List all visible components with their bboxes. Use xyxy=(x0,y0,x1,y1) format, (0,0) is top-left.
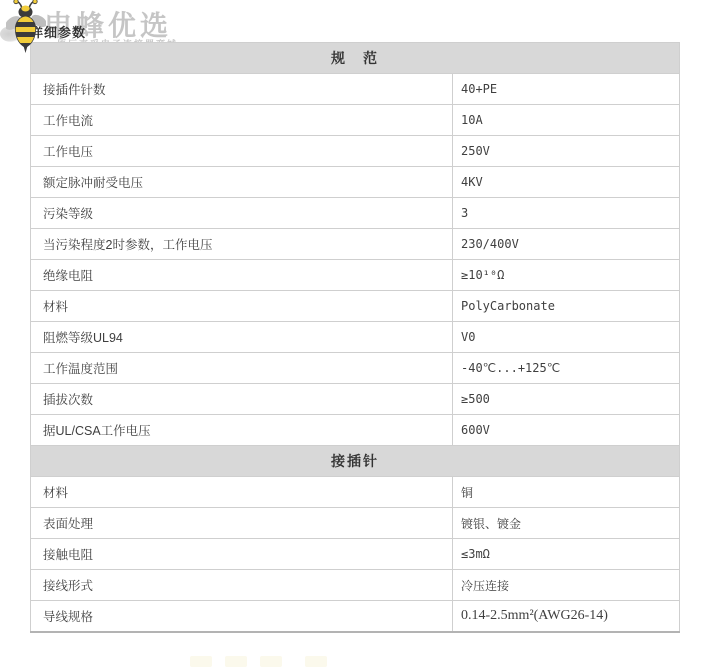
table-row: 额定脉冲耐受电压 4KV xyxy=(31,167,680,198)
table-row: 污染等级 3 xyxy=(31,198,680,229)
spec-label: 导线规格 xyxy=(31,601,453,633)
spec-value: V0 xyxy=(453,322,680,353)
table-row: 绝缘电阻 ≥10¹⁰Ω xyxy=(31,260,680,291)
spec-value: ≤3mΩ xyxy=(453,539,680,570)
spec-value: 铜 xyxy=(453,477,680,508)
table-row: 材料 PolyCarbonate xyxy=(31,291,680,322)
spec-label: 材料 xyxy=(31,291,453,322)
spec-value: 镀银、镀金 xyxy=(453,508,680,539)
spec-value: ≥500 xyxy=(453,384,680,415)
spec-label: 当污染程度2时参数，工作电压 xyxy=(31,229,453,260)
table-row: 阻燃等级UL94 V0 xyxy=(31,322,680,353)
spec-value: 4KV xyxy=(453,167,680,198)
table-row: 接插件针数 40+PE xyxy=(31,74,680,105)
spec-label: 材料 xyxy=(31,477,453,508)
spec-label: 接触电阻 xyxy=(31,539,453,570)
table-row: 接触电阻 ≤3mΩ xyxy=(31,539,680,570)
spec-label: 接插件针数 xyxy=(31,74,453,105)
spec-label: 据UL/CSA工作电压 xyxy=(31,415,453,446)
table-row: 材料 铜 xyxy=(31,477,680,508)
table-row: 工作电流 10A xyxy=(31,105,680,136)
spec-value: 600V xyxy=(453,415,680,446)
spec-value: 冷压连接 xyxy=(453,570,680,601)
spec-label: 表面处理 xyxy=(31,508,453,539)
spec-label: 绝缘电阻 xyxy=(31,260,453,291)
section-header-row: 规 范 xyxy=(31,43,680,74)
bottom-watermark-remnant xyxy=(0,653,710,667)
table-row: 工作电压 250V xyxy=(31,136,680,167)
spec-value: ≥10¹⁰Ω xyxy=(453,260,680,291)
table-row: 据UL/CSA工作电压 600V xyxy=(31,415,680,446)
spec-value: 0.14-2.5mm²(AWG26-14) xyxy=(453,601,680,633)
table-row: 接线形式 冷压连接 xyxy=(31,570,680,601)
section-header-row: 接插针 xyxy=(31,446,680,477)
spec-value: 230/400V xyxy=(453,229,680,260)
spec-table: 规 范 接插件针数 40+PE 工作电流 10A 工作电压 250V 额定脉冲耐… xyxy=(30,42,680,633)
spec-label: 工作电流 xyxy=(31,105,453,136)
spec-label: 阻燃等级UL94 xyxy=(31,322,453,353)
table-row: 工作温度范围 -40℃...+125℃ xyxy=(31,353,680,384)
table-row: 导线规格 0.14-2.5mm²(AWG26-14) xyxy=(31,601,680,633)
spec-value: 40+PE xyxy=(453,74,680,105)
spec-value: 250V xyxy=(453,136,680,167)
spec-value: PolyCarbonate xyxy=(453,291,680,322)
spec-label: 插拔次数 xyxy=(31,384,453,415)
page-background: 申蜂优选 原厂直采电子连接器商城 详细参数 规 范 接 xyxy=(0,0,710,667)
spec-value: 3 xyxy=(453,198,680,229)
spec-label: 接线形式 xyxy=(31,570,453,601)
spec-value: 10A xyxy=(453,105,680,136)
section-title: 接插针 xyxy=(31,446,680,477)
table-row: 表面处理 镀银、镀金 xyxy=(31,508,680,539)
bee-logo-icon xyxy=(6,0,46,53)
spec-label: 工作温度范围 xyxy=(31,353,453,384)
spec-value: -40℃...+125℃ xyxy=(453,353,680,384)
table-row: 插拔次数 ≥500 xyxy=(31,384,680,415)
spec-label: 额定脉冲耐受电压 xyxy=(31,167,453,198)
table-row: 当污染程度2时参数，工作电压 230/400V xyxy=(31,229,680,260)
spec-label: 污染等级 xyxy=(31,198,453,229)
section-title: 规 范 xyxy=(31,43,680,74)
spec-label: 工作电压 xyxy=(31,136,453,167)
